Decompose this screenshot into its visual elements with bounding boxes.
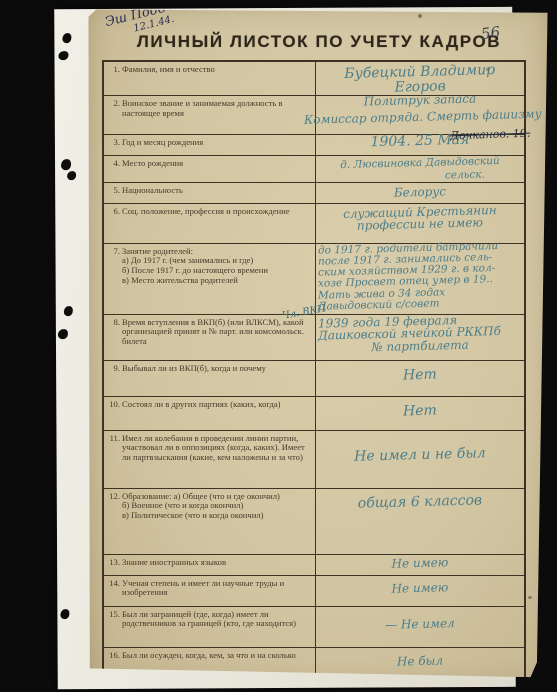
question-number: 1. <box>108 65 120 93</box>
question-label: Воинское звание и занимаемая должность в… <box>122 99 312 132</box>
answer-line: Не был <box>318 652 522 670</box>
answer-line: Нет <box>318 401 522 421</box>
question-number: 7. <box>108 247 120 312</box>
punch-hole <box>62 33 71 43</box>
form-row-5: 5.Национальность Белорус <box>104 183 524 204</box>
form-row-11: 11.Имел ли колебания в проведении линии … <box>104 431 524 489</box>
question-label: Имел ли колебания в проведении линии пар… <box>122 434 312 486</box>
answer-line: Не имею <box>318 579 522 597</box>
question-label: Выбывал ли из ВКП(б), когда и почему <box>122 364 266 394</box>
question-number: 10. <box>108 400 120 428</box>
question-label: Соц. положение, профессия и происхождени… <box>122 207 290 241</box>
answer-line: Нет <box>318 365 522 385</box>
question-number: 2. <box>108 99 120 132</box>
punch-hole <box>58 51 68 60</box>
form-row-6: 6.Соц. положение, профессия и происхожде… <box>104 204 524 244</box>
document-page: Эш Подв 12.1.44. ЛИЧНЫЙ ЛИСТОК ПО УЧЕТУ … <box>88 6 548 686</box>
question-number: 5. <box>108 186 120 201</box>
question-number: 15. <box>108 610 120 645</box>
punch-hole <box>67 171 76 180</box>
form-row-2: 2.Воинское звание и занимаемая должность… <box>104 96 524 135</box>
page-number: 56 <box>480 23 501 43</box>
answer-line: Белорус <box>318 183 522 201</box>
form-table: 1.Фамилия, имя и отчество Бубецкий Влади… <box>102 60 526 688</box>
answer-line: Не имею <box>318 554 522 572</box>
punch-hole <box>61 159 71 170</box>
form-row-4: 4.Место рождения д. Люсвиновка Давыдовск… <box>104 156 524 182</box>
question-label: Время вступления в ВКП(б) (или ВЛКСМ), к… <box>122 318 312 358</box>
answer-line: сельск. <box>408 168 522 182</box>
paper-stain <box>528 596 532 599</box>
question-label: Знание иностранных языков <box>122 558 226 573</box>
form-row-13: 13.Знание иностранных языков Не имею <box>104 555 524 576</box>
punch-hole <box>58 329 68 339</box>
question-label: Занятие родителей: а) До 1917 г. (чем за… <box>122 247 268 312</box>
question-number: 4. <box>108 159 120 179</box>
form-row-8: 8.Время вступления в ВКП(б) (или ВЛКСМ),… <box>104 315 524 361</box>
question-label: Фамилия, имя и отчество <box>122 65 215 93</box>
question-label: Национальность <box>122 186 183 201</box>
question-number: 14. <box>108 579 120 604</box>
paper-stain <box>418 14 422 18</box>
question-label: Место рождения <box>122 159 183 179</box>
question-number: 11. <box>108 434 120 486</box>
question-label: Образование: а) Общее (что и где окончил… <box>122 492 280 552</box>
question-number: 6. <box>108 207 120 241</box>
form-row-12: 12.Образование: а) Общее (что и где окон… <box>104 489 524 555</box>
question-label: Ученая степень и имеет ли научные труды … <box>122 579 312 604</box>
form-row-9: 9.Выбывал ли из ВКП(б), когда и почему Н… <box>104 361 524 397</box>
question-number: 8. <box>108 318 120 358</box>
question-number: 3. <box>108 138 120 153</box>
question-number: 13. <box>108 558 120 573</box>
answer-line: — Не имел <box>318 615 522 633</box>
form-row-14: 14.Ученая степень и имеет ли научные тру… <box>104 576 524 607</box>
punch-hole <box>64 306 73 316</box>
answer-line: Не имел и не был <box>318 445 522 465</box>
punch-hole <box>60 609 69 619</box>
question-label: Был ли заграницей (где, когда) имеет ли … <box>122 610 312 645</box>
page-title: ЛИЧНЫЙ ЛИСТОК ПО УЧЕТУ КАДРОВ <box>130 32 508 52</box>
question-label: Год и месяц рождения <box>122 138 203 153</box>
question-number: 9. <box>108 364 120 394</box>
scanned-document-scene: Эш Подв 12.1.44. ЛИЧНЫЙ ЛИСТОК ПО УЧЕТУ … <box>0 0 557 692</box>
answer-line: Комиссар отряда. Смерть фашизму <box>304 108 522 126</box>
question-number: 12. <box>108 492 120 552</box>
answer-line: общая 6 классов <box>318 492 522 512</box>
form-row-10: 10.Состоял ли в других партиях (каких, к… <box>104 397 524 431</box>
form-row-15: 15.Был ли заграницей (где, когда) имеет … <box>104 607 524 648</box>
question-label: Состоял ли в других партиях (каких, когд… <box>122 400 281 428</box>
